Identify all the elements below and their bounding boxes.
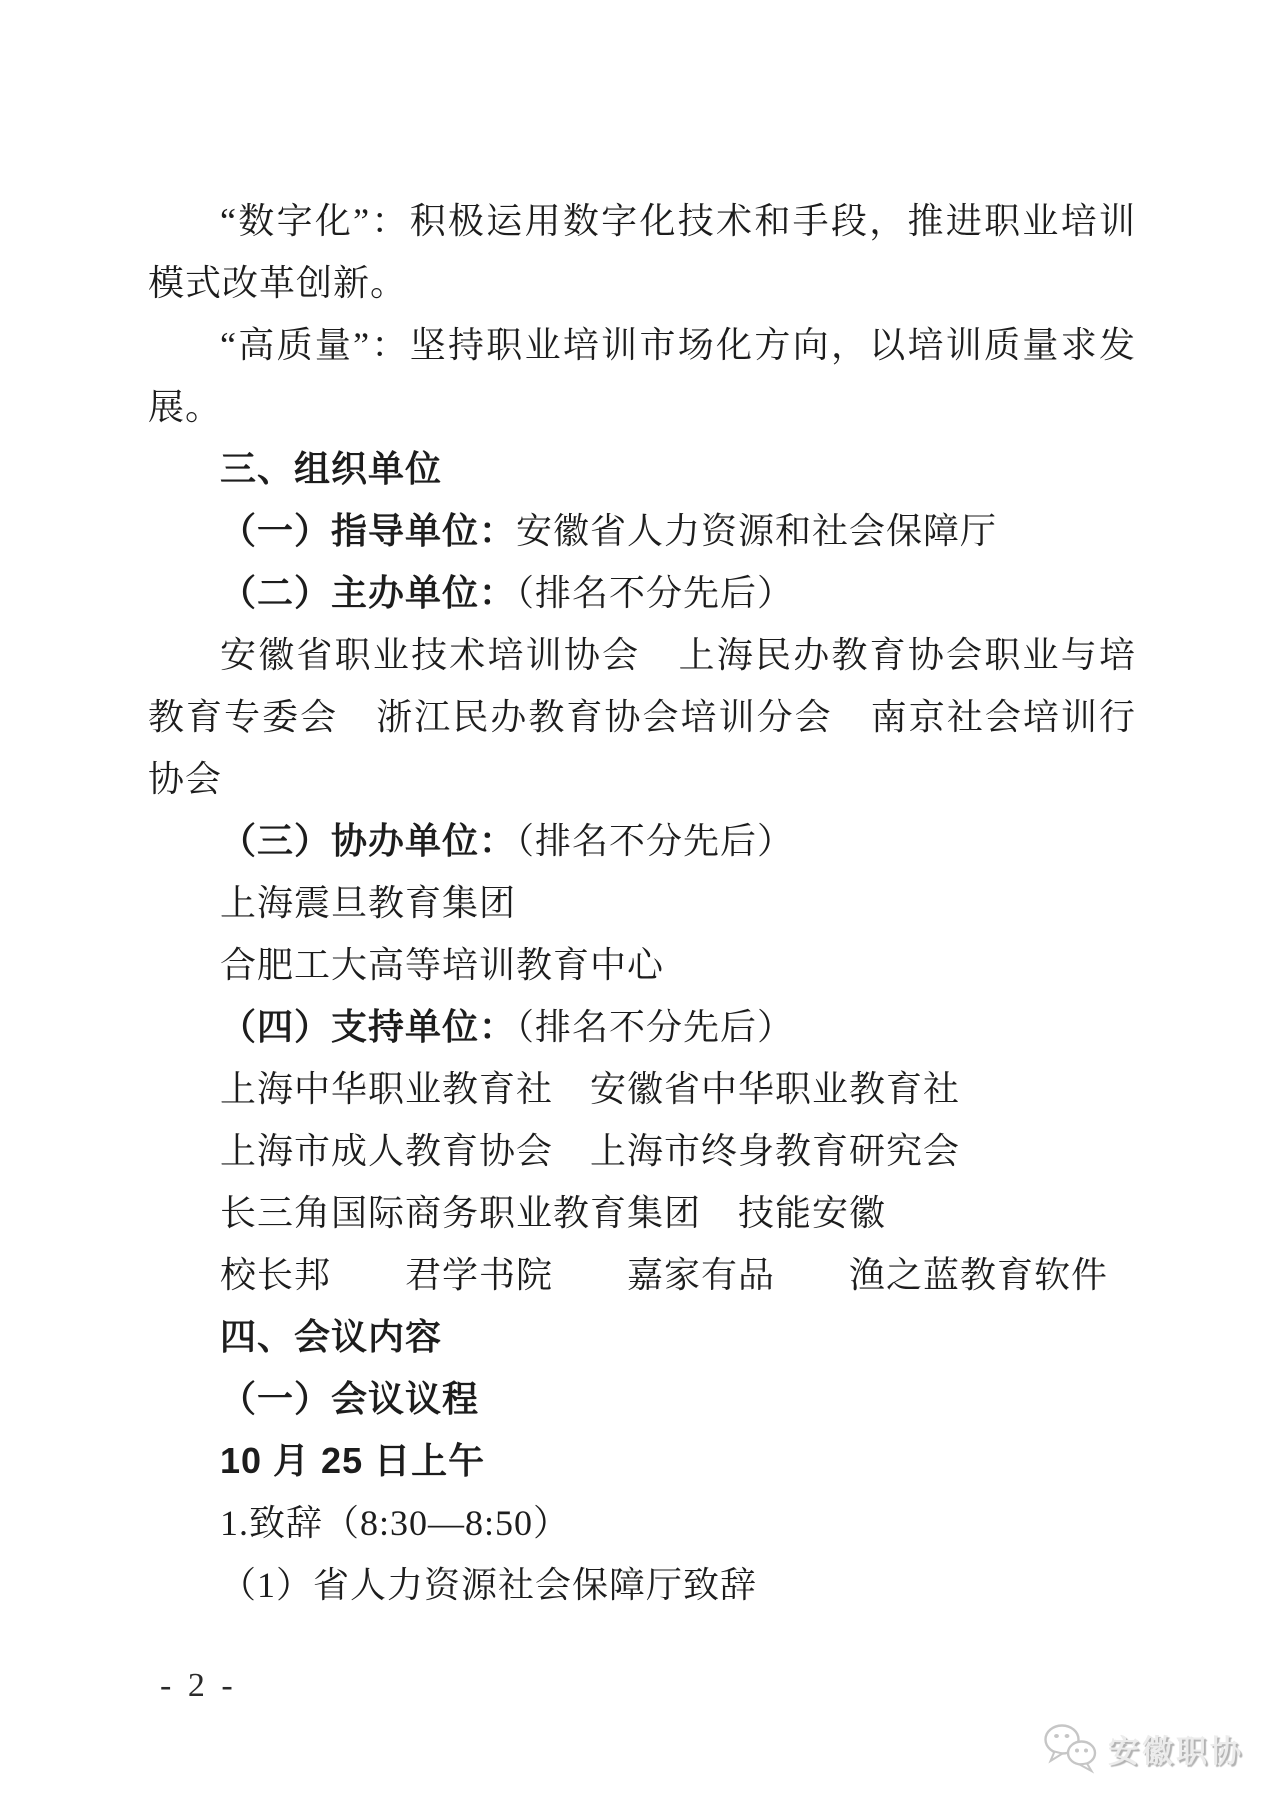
doc-line: （一）会议议程 xyxy=(148,1368,1136,1430)
doc-line-text: 上海市成人教育协会 上海市终身教育研究会 xyxy=(220,1131,960,1171)
doc-line: 教育专委会 浙江民办教育协会培训分会 南京社会培训行业 xyxy=(148,686,1136,748)
watermark-label: 安徽职协 xyxy=(1108,1726,1244,1771)
doc-line-bold-text: （三）协办单位： xyxy=(220,820,516,861)
document-body: “数字化”：积极运用数字化技术和手段，推进职业培训模式改革创新。“高质量”：坚持… xyxy=(148,190,1136,1616)
doc-line-text: 合肥工大高等培训教育中心 xyxy=(220,945,664,985)
doc-line: 展。 xyxy=(148,376,1136,438)
doc-line-text: 安徽省人力资源和社会保障厅 xyxy=(516,511,997,551)
doc-line-text: 展。 xyxy=(148,387,222,427)
doc-line-text: “高质量”：坚持职业培训市场化方向，以培训质量求发 xyxy=(220,325,1136,365)
doc-line: 长三角国际商务职业教育集团 技能安徽 xyxy=(148,1182,1136,1244)
doc-line-text: 上海中华职业教育社 安徽省中华职业教育社 xyxy=(220,1069,960,1109)
doc-line: 安徽省职业技术培训协会 上海民办教育协会职业与培训 xyxy=(148,624,1136,686)
doc-line: （四）支持单位：（排名不分先后） xyxy=(148,996,1136,1058)
doc-line-text: 协会 xyxy=(148,759,222,799)
doc-line-bold-text: 三、组织单位 xyxy=(220,448,442,489)
doc-line: 上海中华职业教育社 安徽省中华职业教育社 xyxy=(148,1058,1136,1120)
doc-line-bold-text: （一）会议议程 xyxy=(220,1378,479,1419)
doc-line: （1）省人力资源社会保障厅致辞 xyxy=(148,1554,1136,1616)
doc-line: 校长邦 君学书院 嘉家有品 渔之蓝教育软件 xyxy=(148,1244,1136,1306)
doc-line: 模式改革创新。 xyxy=(148,252,1136,314)
doc-line: 1.致辞（8:30—8:50） xyxy=(148,1492,1136,1554)
doc-line: 四、会议内容 xyxy=(148,1306,1136,1368)
doc-line-text: （排名不分先后） xyxy=(516,1007,794,1047)
doc-line-text: 教育专委会 浙江民办教育协会培训分会 南京社会培训行业 xyxy=(148,697,1136,748)
doc-line: 合肥工大高等培训教育中心 xyxy=(148,934,1136,996)
doc-line-text: “数字化”：积极运用数字化技术和手段，推进职业培训 xyxy=(220,201,1136,241)
doc-line-text: （排名不分先后） xyxy=(516,821,794,861)
doc-line: “高质量”：坚持职业培训市场化方向，以培训质量求发 xyxy=(148,314,1136,376)
doc-line: （二）主办单位：（排名不分先后） xyxy=(148,562,1136,624)
doc-line: 上海市成人教育协会 上海市终身教育研究会 xyxy=(148,1120,1136,1182)
doc-line-bold-text: （二）主办单位： xyxy=(220,572,516,613)
doc-line: “数字化”：积极运用数字化技术和手段，推进职业培训 xyxy=(148,190,1136,252)
doc-line-bold-text: 四、会议内容 xyxy=(220,1316,442,1357)
doc-line-text: 长三角国际商务职业教育集团 技能安徽 xyxy=(220,1193,886,1233)
doc-line: 10 月 25 日上午 xyxy=(148,1430,1136,1492)
doc-line-text: 模式改革创新。 xyxy=(148,263,407,303)
doc-line: 三、组织单位 xyxy=(148,438,1136,500)
doc-line: 上海震旦教育集团 xyxy=(148,872,1136,934)
doc-line-bold-text: （四）支持单位： xyxy=(220,1006,516,1047)
doc-line: 协会 xyxy=(148,748,1136,810)
doc-line-text: （排名不分先后） xyxy=(516,573,794,613)
watermark: 安徽职协 xyxy=(1042,1720,1244,1776)
wechat-icon xyxy=(1042,1722,1098,1774)
doc-line: （一）指导单位：安徽省人力资源和社会保障厅 xyxy=(148,500,1136,562)
doc-line-text: 上海震旦教育集团 xyxy=(220,883,516,923)
doc-line-text: 安徽省职业技术培训协会 上海民办教育协会职业与培训 xyxy=(148,635,1136,686)
doc-line-bold-text: 10 月 25 日上午 xyxy=(220,1440,485,1481)
doc-line-text: 校长邦 君学书院 嘉家有品 渔之蓝教育软件 xyxy=(220,1255,1108,1295)
doc-line: （三）协办单位：（排名不分先后） xyxy=(148,810,1136,872)
page-number: - 2 - xyxy=(160,1664,237,1708)
doc-line-text: 1.致辞（8:30—8:50） xyxy=(220,1503,570,1543)
doc-line-bold-text: （一）指导单位： xyxy=(220,510,516,551)
doc-line-text: （1）省人力资源社会保障厅致辞 xyxy=(220,1565,757,1605)
